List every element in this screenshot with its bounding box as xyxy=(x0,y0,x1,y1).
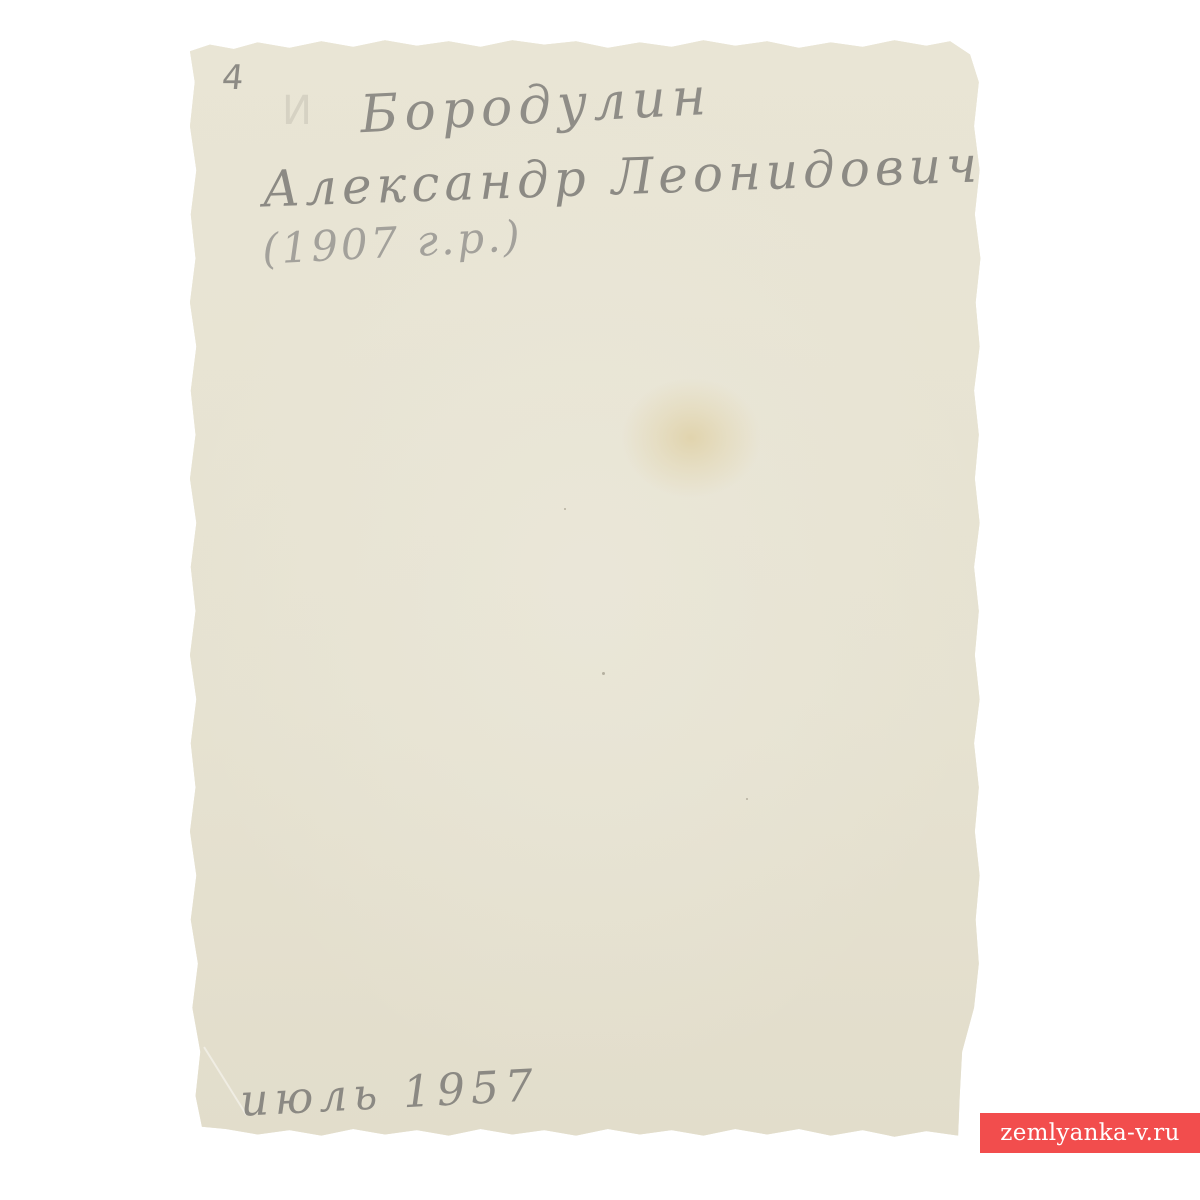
paper-speck xyxy=(746,798,748,800)
site-watermark: zemlyanka-v.ru xyxy=(980,1113,1200,1153)
erased-annotation: И xyxy=(282,88,318,134)
paper-speck xyxy=(564,508,566,510)
page-number-annotation: 4 xyxy=(220,58,248,98)
paper-speck xyxy=(602,672,605,675)
image-stage: 4 И Бородулин Александр Леонидович (1907… xyxy=(0,0,1200,1200)
